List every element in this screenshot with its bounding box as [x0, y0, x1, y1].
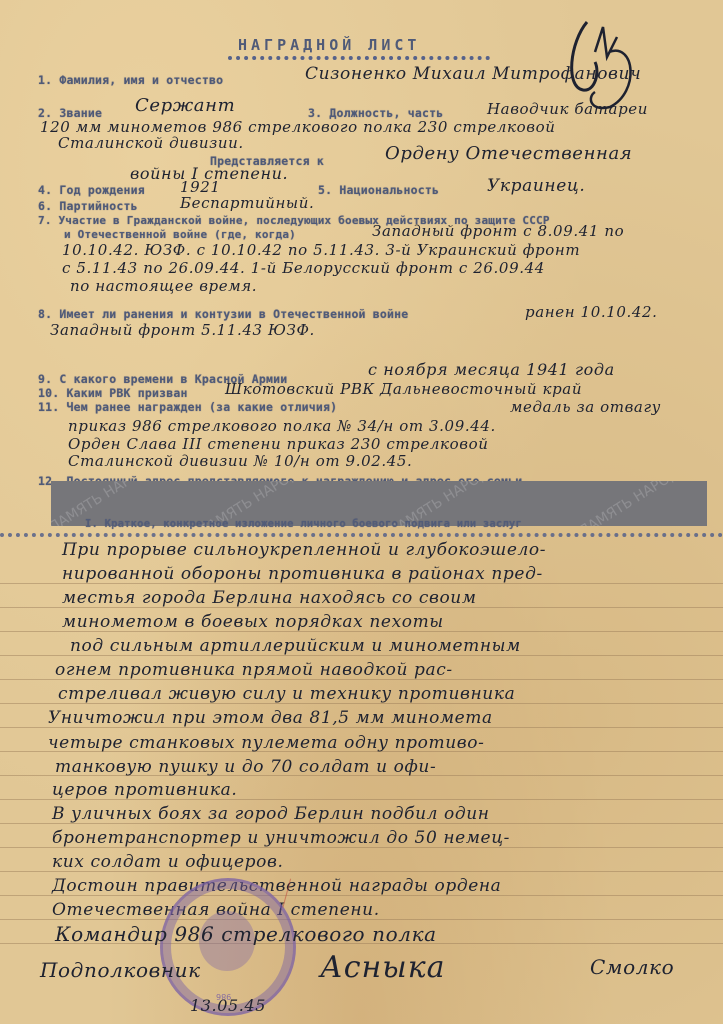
field-10-label: 10. Каким РВК призван: [38, 386, 188, 400]
field-1-value: Сизоненко Михаил Митрофанович: [305, 64, 641, 84]
field-7-cont-3: по настоящее время.: [70, 277, 257, 295]
signature-date: 13.05.45: [190, 996, 266, 1015]
narrative-line-15: Достоин правительственной награды ордена: [52, 876, 501, 896]
narrative-line-1: При прорыве сильноукрепленной и глубокоэ…: [62, 540, 546, 560]
field-4-label: 4. Год рождения: [38, 183, 145, 197]
signer-title: Командир 986 стрелкового полка: [55, 922, 437, 946]
signature: Асныка: [320, 950, 446, 985]
field-6-label: 6. Партийность: [38, 199, 138, 213]
field-3-cont-2: Сталинской дивизии.: [58, 134, 244, 152]
narrative-line-7: стреливал живую силу и технику противник…: [58, 684, 515, 704]
signer-name: Смолко: [590, 955, 674, 979]
narrative-line-8: Уничтожил при этом два 81,5 мм миномета: [48, 708, 493, 728]
field-5-value: Украинец.: [487, 176, 585, 196]
narrative-line-12: В уличных боях за город Берлин подбил од…: [52, 804, 490, 824]
field-8-label: 8. Имеет ли ранения и контузии в Отечест…: [38, 307, 408, 321]
field-10-value: Шкотовский РВК Дальневосточный край: [225, 380, 582, 398]
signer-rank: Подполковник: [40, 958, 201, 982]
field-8-cont-1: Западный фронт 5.11.43 ЮЗФ.: [50, 321, 315, 339]
narrative-line-13: бронетранспортер и уничтожил до 50 немец…: [52, 828, 510, 848]
field-8-value: ранен 10.10.42.: [525, 303, 658, 321]
corner-mark-63: [565, 12, 645, 112]
field-11-cont-2: Орден Слава III степени приказ 230 стрел…: [68, 435, 488, 453]
field-7-cont-1: 10.10.42. ЮЗФ. с 10.10.42 по 5.11.43. 3-…: [62, 241, 580, 259]
field-9-value: с ноября месяца 1941 года: [368, 360, 615, 379]
narrative-line-3: местья города Берлина находясь со своим: [62, 588, 477, 608]
title-underline: [228, 56, 490, 60]
narrative-line-11: церов противника.: [52, 780, 237, 800]
section-heading: I. Краткое, конкретное изложение личного…: [85, 518, 522, 530]
watermark: ПАМЯТЬ НАРОДА: [577, 481, 690, 526]
field-7-label-line2: и Отечественной войне (где, когда): [64, 228, 296, 241]
field-11-cont-1: приказ 986 стрелкового полка № 34/н от 3…: [68, 417, 496, 435]
field-6-value: Беспартийный.: [180, 194, 314, 212]
narrative-line-2: нированной обороны противника в районах …: [62, 564, 543, 584]
document-title: НАГРАДНОЙ ЛИСТ: [238, 36, 420, 54]
narrative-line-4: минометом в боевых порядках пехоты: [62, 612, 444, 632]
narrative-line-5: под сильным артиллерийским и минометным: [70, 636, 521, 656]
narrative-line-14: ких солдат и офицеров.: [52, 852, 284, 872]
narrative-line-10: танковую пушку и до 70 солдат и офи-: [55, 757, 436, 777]
section-dotted-rule: [0, 533, 723, 537]
field-11-value: медаль за отвагу: [510, 398, 661, 416]
represented-value: Ордену Отечественная: [385, 143, 632, 164]
field-11-cont-3: Сталинской дивизии № 10/н от 9.02.45.: [68, 452, 412, 470]
field-3-value: Наводчик батареи: [487, 100, 648, 118]
field-7-value: Западный фронт с 8.09.41 по: [372, 222, 624, 240]
field-5-label: 5. Национальность: [318, 183, 439, 197]
field-2-value: Сержант: [135, 95, 235, 116]
narrative-line-9: четыре станковых пулемета одну противо-: [48, 733, 484, 753]
narrative-line-6: огнем противника прямой наводкой рас-: [55, 660, 453, 680]
field-1-label: 1. Фамилия, имя и отчество: [38, 73, 223, 87]
field-11-label: 11. Чем ранее награжден (за какие отличи…: [38, 400, 337, 414]
field-7-cont-2: с 5.11.43 по 26.09.44. 1-й Белорусский ф…: [62, 259, 545, 277]
